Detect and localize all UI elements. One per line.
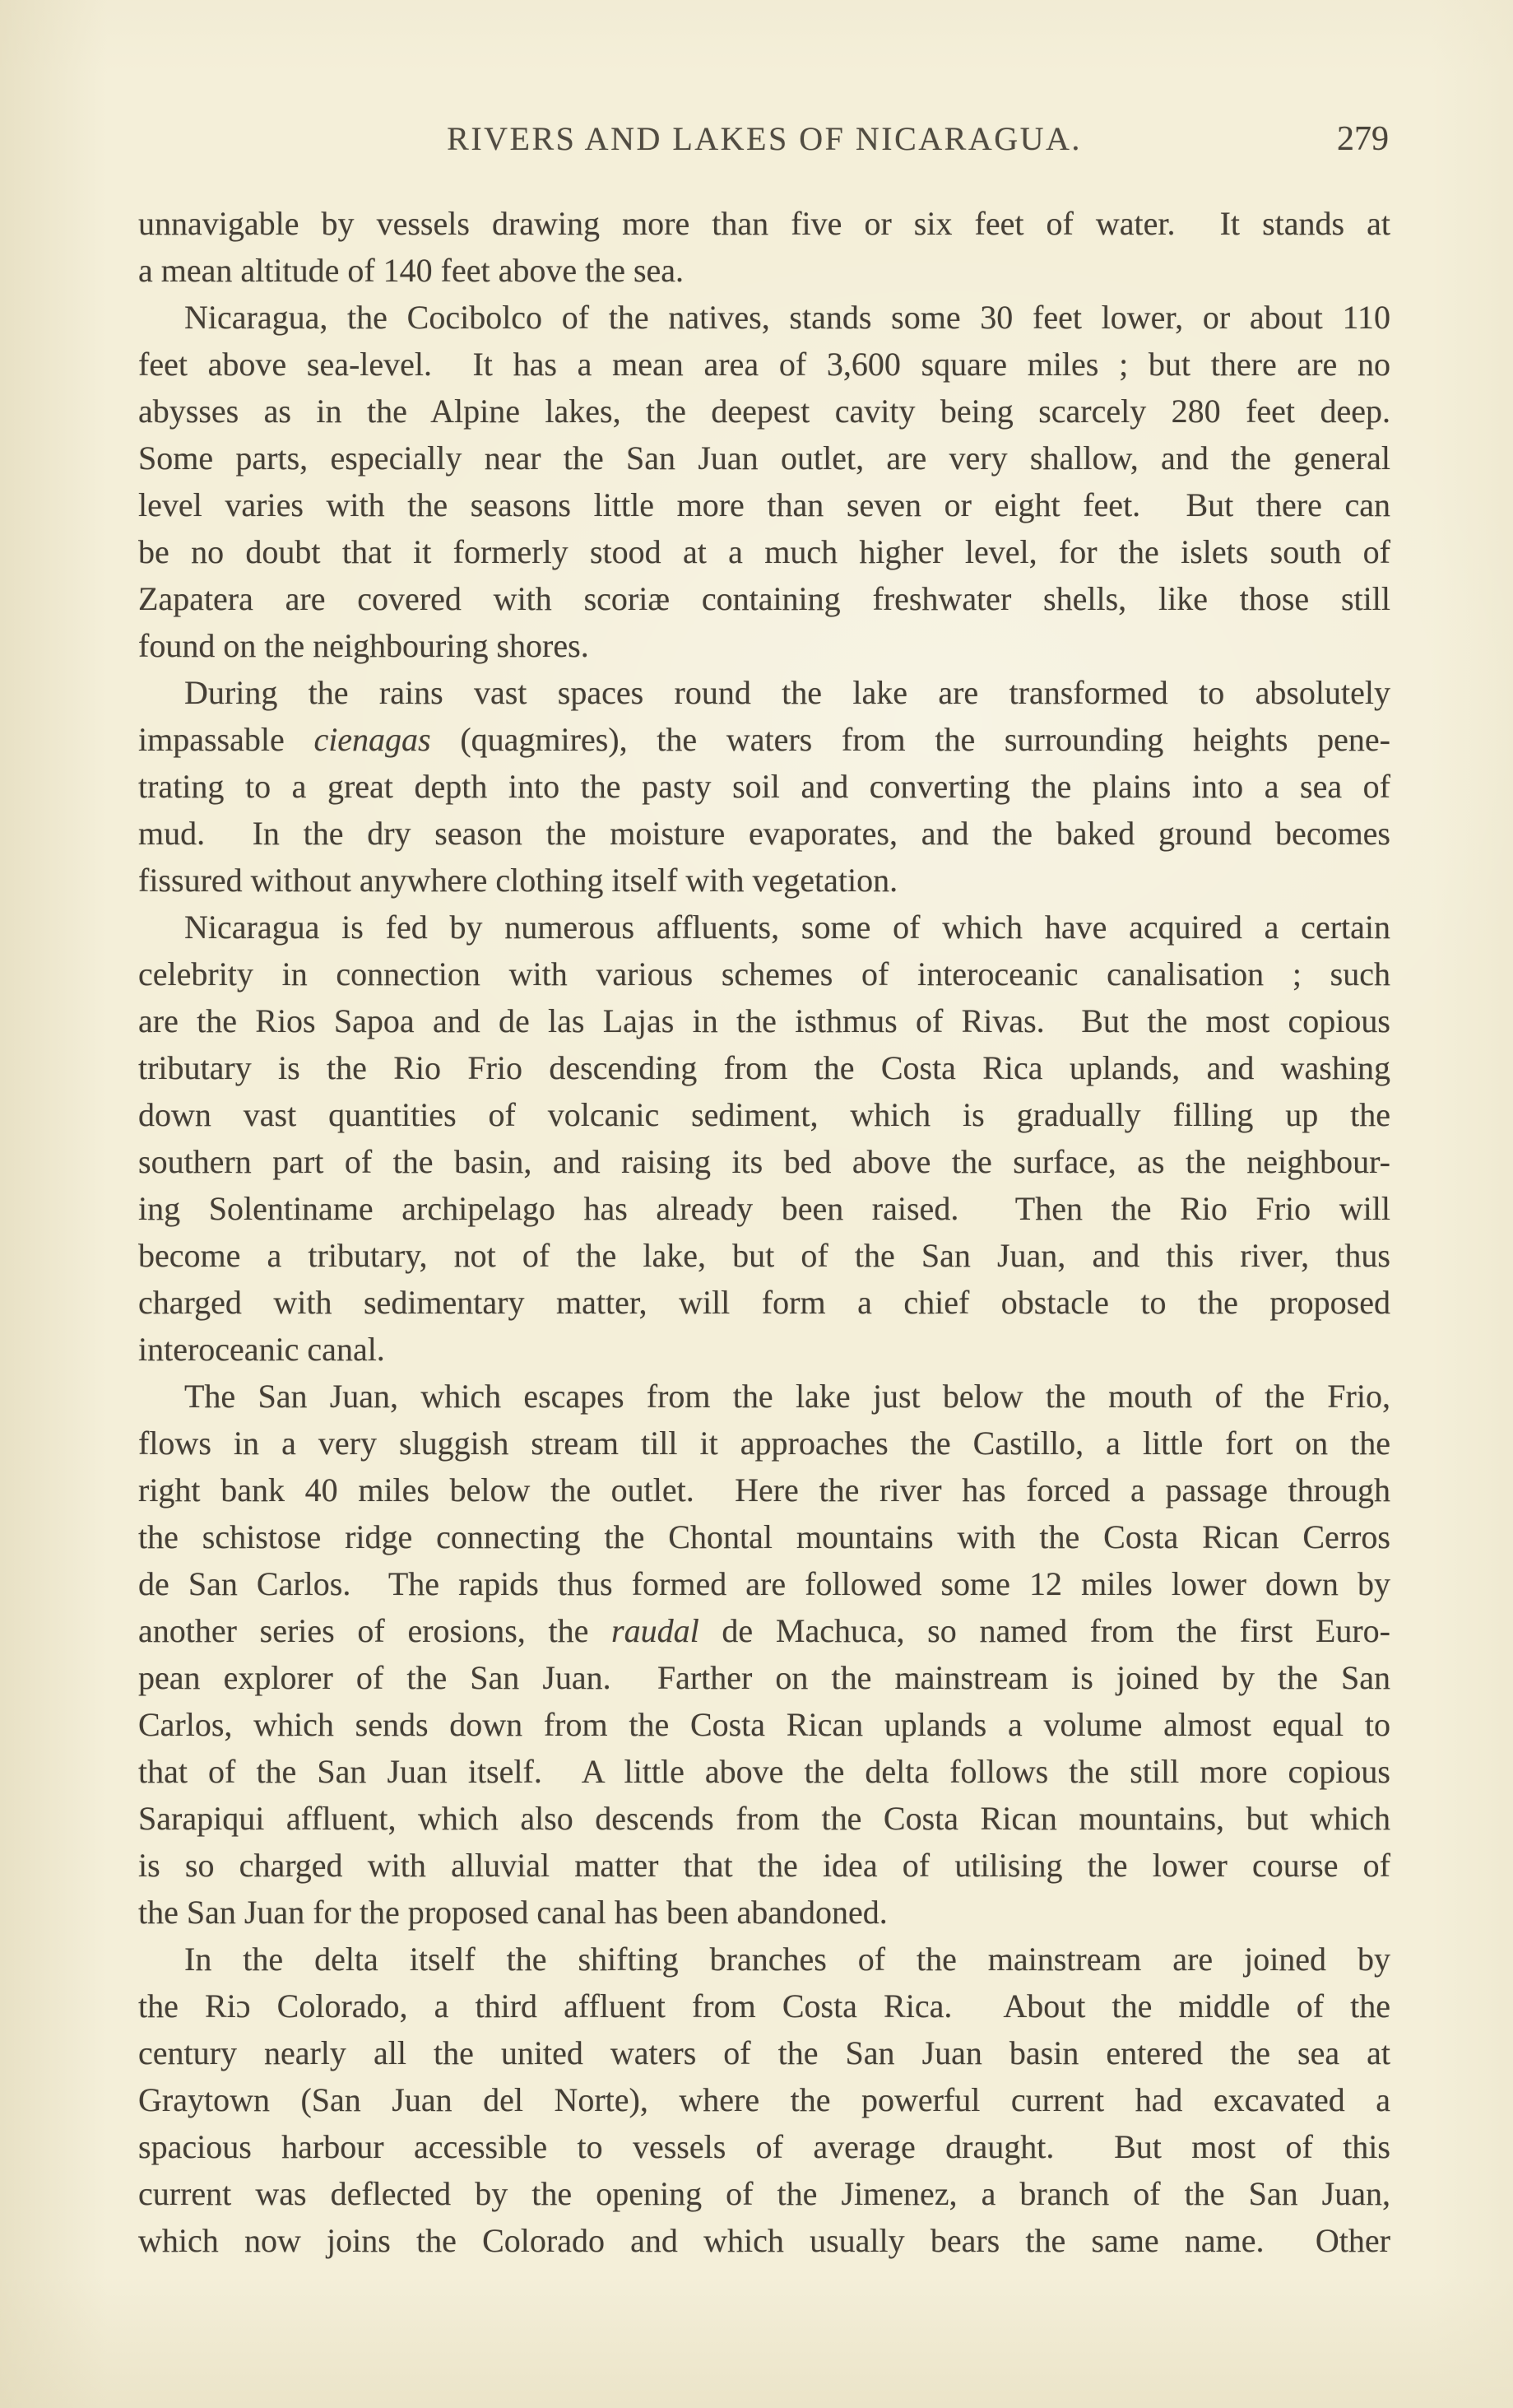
text-line: Zapatera are covered with scoriæ contain… (138, 575, 1390, 622)
paragraph: During the rains vast spaces round the l… (138, 669, 1390, 904)
paragraph: Nicaragua, the Cocibolco of the natives,… (138, 294, 1390, 669)
text-line: be no doubt that it formerly stood at a … (138, 528, 1390, 575)
text-line: which now joins the Colorado and which u… (138, 2217, 1390, 2264)
book-page: RIVERS AND LAKES OF NICARAGUA. 279 unnav… (0, 0, 1513, 2408)
paragraph: unnavigable by vessels drawing more than… (138, 200, 1390, 294)
page-header: RIVERS AND LAKES OF NICARAGUA. 279 (138, 114, 1390, 165)
text-line: the Riɔ Colorado, a third affluent from … (138, 1983, 1390, 2029)
text-line: tributary is the Rio Frio descending fro… (138, 1044, 1390, 1091)
text-line: feet above sea-level. It has a mean area… (138, 341, 1390, 388)
text-line: mud. In the dry season the moisture evap… (138, 810, 1390, 857)
text-line: Carlos, which sends down from the Costa … (138, 1701, 1390, 1748)
text-line: the schistose ridge connecting the Chont… (138, 1513, 1390, 1560)
text-line: level varies with the seasons little mor… (138, 481, 1390, 528)
text-line: found on the neighbouring shores. (138, 622, 1390, 669)
text-line: Nicaragua is fed by numerous affluents, … (138, 904, 1390, 951)
text-line: Graytown (San Juan del Norte), where the… (138, 2076, 1390, 2123)
text-line: pean explorer of the San Juan. Farther o… (138, 1654, 1390, 1701)
text-line: fissured without anywhere clothing itsel… (138, 857, 1390, 904)
page-number: 279 (1337, 114, 1389, 165)
text-line: Some parts, especially near the San Juan… (138, 435, 1390, 481)
text-line: charged with sedimentary matter, will fo… (138, 1279, 1390, 1326)
text-line: flows in a very sluggish stream till it … (138, 1420, 1390, 1467)
text-line: de San Carlos. The rapids thus formed ar… (138, 1560, 1390, 1607)
text-line: are the Rios Sapoa and de las Lajas in t… (138, 997, 1390, 1044)
text-line: southern part of the basin, and raising … (138, 1138, 1390, 1185)
text-line: Nicaragua, the Cocibolco of the natives,… (138, 294, 1390, 341)
text-line: current was deflected by the opening of … (138, 2170, 1390, 2217)
text-line: the San Juan for the proposed canal has … (138, 1889, 1390, 1936)
text-line: down vast quantities of volcanic sedimen… (138, 1091, 1390, 1138)
text-line: ing Solentiname archipelago has already … (138, 1185, 1390, 1232)
text-line: impassable cienagas (quagmires), the wat… (138, 716, 1390, 763)
text-line: spacious harbour accessible to vessels o… (138, 2123, 1390, 2170)
running-title: RIVERS AND LAKES OF NICARAGUA. (138, 114, 1390, 165)
text-line: that of the San Juan itself. A little ab… (138, 1748, 1390, 1795)
text-line: trating to a great depth into the pasty … (138, 763, 1390, 810)
text-line: Sarapiqui affluent, which also descends … (138, 1795, 1390, 1842)
text-line: a mean altitude of 140 feet above the se… (138, 247, 1390, 294)
text-line: right bank 40 miles below the outlet. He… (138, 1467, 1390, 1513)
text-line: become a tributary, not of the lake, but… (138, 1232, 1390, 1279)
text-line: unnavigable by vessels drawing more than… (138, 200, 1390, 247)
text-line: The San Juan, which escapes from the lak… (138, 1373, 1390, 1420)
text-line: is so charged with alluvial matter that … (138, 1842, 1390, 1889)
paragraph: The San Juan, which escapes from the lak… (138, 1373, 1390, 1936)
text-line: During the rains vast spaces round the l… (138, 669, 1390, 716)
paragraph: Nicaragua is fed by numerous affluents, … (138, 904, 1390, 1373)
text-line: interoceanic canal. (138, 1326, 1390, 1373)
paragraph: In the delta itself the shifting branche… (138, 1936, 1390, 2264)
text-line: In the delta itself the shifting branche… (138, 1936, 1390, 1983)
page-body: unnavigable by vessels drawing more than… (138, 200, 1390, 2264)
text-line: celebrity in connection with various sch… (138, 951, 1390, 997)
text-line: another series of erosions, the raudal d… (138, 1607, 1390, 1654)
text-line: century nearly all the united waters of … (138, 2029, 1390, 2076)
text-line: abysses as in the Alpine lakes, the deep… (138, 388, 1390, 435)
